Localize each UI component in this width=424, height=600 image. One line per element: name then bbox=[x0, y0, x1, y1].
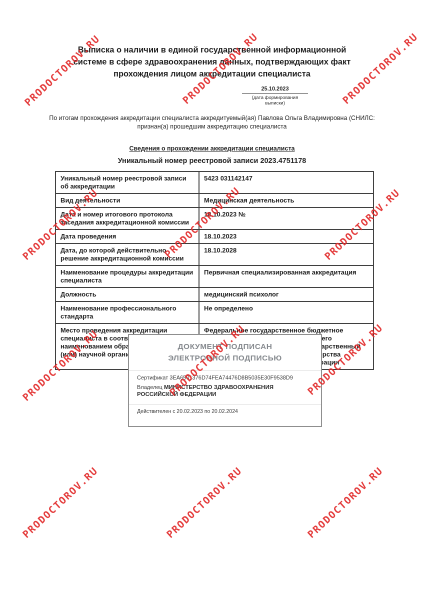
validity-line: Действителен с 20.02.2023 по 20.02.2024 bbox=[137, 409, 313, 415]
document-title: Выписка о наличии в единой государственн… bbox=[52, 44, 372, 80]
signature-separator bbox=[129, 370, 321, 371]
row-value: Медицинская деятельность bbox=[199, 194, 373, 208]
row-value: 5423 031142147 bbox=[199, 172, 373, 194]
watermark-text: PRODOCTOROV.RU bbox=[305, 465, 384, 540]
formation-date-caption: (дата формирования выписки) bbox=[242, 94, 308, 106]
owner-line: Владелец МИНИСТЕРСТВО ЗДРАВООХРАНЕНИЯ РО… bbox=[137, 384, 313, 398]
table-row: Должность медицинский психолог bbox=[56, 288, 374, 302]
watermark-text: PRODOCTOROV.RU bbox=[164, 465, 243, 540]
title-line: системе в сфере здравоохранения данных, … bbox=[52, 56, 372, 68]
row-label: Вид деятельности bbox=[56, 194, 200, 208]
title-line: Выписка о наличии в единой государственн… bbox=[52, 44, 372, 56]
formation-date: 25.10.2023 bbox=[242, 86, 308, 94]
row-value: медицинский психолог bbox=[199, 288, 373, 302]
certificate-label: Сертификат bbox=[137, 375, 168, 381]
table-row: Вид деятельности Медицинская деятельност… bbox=[56, 194, 374, 208]
signature-header-line: ДОКУМЕНТ ПОДПИСАН bbox=[137, 341, 313, 353]
row-value: 18.10.2023 bbox=[199, 230, 373, 244]
row-label: Должность bbox=[56, 288, 200, 302]
signature-header: ДОКУМЕНТ ПОДПИСАН ЭЛЕКТРОННОЙ ПОДПИСЬЮ bbox=[137, 341, 313, 364]
certificate-value: 3EA6501376D74FEA74476D8B5035E30F9538D9 bbox=[170, 375, 293, 381]
registry-number-heading: Уникальный номер реестровой записи 2023.… bbox=[52, 157, 372, 165]
row-label: Дата и номер итогового протокола заседан… bbox=[56, 208, 200, 230]
intro-paragraph: По итогам прохождения аккредитации специ… bbox=[32, 114, 392, 131]
table-row: Уникальный номер реестровой записи об ак… bbox=[56, 172, 374, 194]
table-row: Наименование профессионального стандарта… bbox=[56, 302, 374, 324]
table-row: Дата и номер итогового протокола заседан… bbox=[56, 208, 374, 230]
title-line: прохождения лицом аккредитации специалис… bbox=[52, 68, 372, 80]
table-row: Наименование процедуры аккредитации спец… bbox=[56, 266, 374, 288]
row-value: 18.10.2023 № bbox=[199, 208, 373, 230]
owner-label: Владелец bbox=[137, 385, 162, 391]
row-label: Наименование профессионального стандарта bbox=[56, 302, 200, 324]
intro-line: По итогам прохождения аккредитации специ… bbox=[32, 114, 392, 123]
electronic-signature-stamp: ДОКУМЕНТ ПОДПИСАН ЭЛЕКТРОННОЙ ПОДПИСЬЮ С… bbox=[128, 334, 322, 427]
formation-date-block: 25.10.2023 (дата формирования выписки) bbox=[242, 86, 308, 106]
row-label: Наименование процедуры аккредитации спец… bbox=[56, 266, 200, 288]
document-page: Выписка о наличии в единой государственн… bbox=[0, 0, 424, 600]
signature-separator bbox=[129, 404, 321, 405]
table-row: Дата, до которой действительно решение а… bbox=[56, 244, 374, 266]
row-label: Дата проведения bbox=[56, 230, 200, 244]
intro-line: признан(а) прошедшим аккредитацию специа… bbox=[32, 123, 392, 132]
watermark-text: PRODOCTOROV.RU bbox=[20, 465, 99, 540]
certificate-line: Сертификат 3EA6501376D74FEA74476D8B5035E… bbox=[137, 375, 313, 382]
row-value: Первичная специализированная аккредитаци… bbox=[199, 266, 373, 288]
row-value: Не определено bbox=[199, 302, 373, 324]
signature-header-line: ЭЛЕКТРОННОЙ ПОДПИСЬЮ bbox=[137, 353, 313, 365]
row-label: Дата, до которой действительно решение а… bbox=[56, 244, 200, 266]
table-row: Дата проведения 18.10.2023 bbox=[56, 230, 374, 244]
row-label: Уникальный номер реестровой записи об ак… bbox=[56, 172, 200, 194]
extract-document: Выписка о наличии в единой государственн… bbox=[0, 0, 424, 600]
row-value: 18.10.2028 bbox=[199, 244, 373, 266]
section-heading: Сведения о прохождении аккредитации спец… bbox=[52, 145, 372, 152]
